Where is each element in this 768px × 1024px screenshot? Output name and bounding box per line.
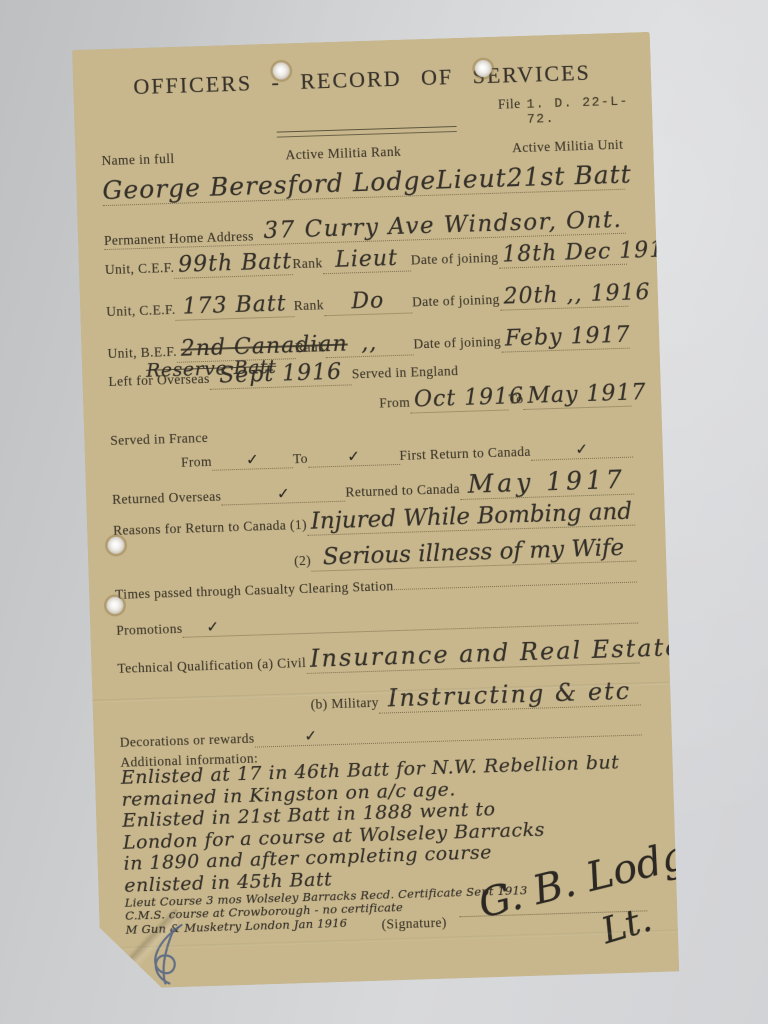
name-value: George Beresford Lodge — [102, 166, 437, 205]
casualty-clearing-station-row: Times passed through Casualty Clearing S… — [115, 571, 637, 609]
military-qualification-value: Instructing & etc — [378, 676, 641, 713]
returned-overseas-label: Returned Overseas — [112, 489, 222, 508]
decorations-label: Decorations or rewards — [120, 731, 255, 751]
punch-hole-left-lower — [106, 597, 124, 615]
unit-cef-label: Unit, C.E.F. — [105, 260, 175, 278]
rank-ditto-value: ,, — [325, 329, 414, 358]
file-label: File — [498, 96, 521, 113]
rank-label: Rank — [292, 255, 323, 272]
returned-overseas-check-mark: ✓ — [221, 483, 346, 506]
left-for-overseas-value: Sept 1916 — [209, 359, 352, 389]
record-of-services-form: OFFICERS - RECORD OF SERVICES File 1. D.… — [72, 32, 679, 990]
technical-qualification-civil-label: Technical Qualification (a) Civil — [117, 655, 306, 677]
date-of-joining-value: Feby 1917 — [501, 323, 630, 353]
date-of-joining-label: Date of joining — [412, 292, 500, 311]
unit-cef-value: 99th Batt — [174, 249, 293, 279]
to-label: To — [508, 391, 523, 407]
casualty-clearing-station-blank — [394, 582, 637, 591]
first-return-check-mark: ✓ — [530, 439, 633, 461]
date-of-joining-label: Date of joining — [413, 334, 501, 353]
to-value: May 1917 — [523, 381, 631, 410]
left-for-overseas-label: Left for Overseas — [108, 371, 210, 390]
militia-rank-value: Lieut — [436, 163, 507, 194]
reason-1-value: Injured While Bombing and — [306, 499, 635, 536]
rank-label: Rank — [295, 339, 326, 356]
from-label: From — [181, 454, 212, 471]
returned-to-canada-value: May 1917 — [459, 465, 634, 500]
file-number-row: File 1. D. 22-L-72. — [498, 92, 653, 128]
unit-cef-row-2: Unit, C.E.F. 173 Batt Rank Do Date of jo… — [106, 281, 629, 329]
file-number: 1. D. 22-L-72. — [526, 93, 652, 127]
promotions-check-mark: ✓ — [182, 605, 638, 638]
home-address-label: Permanent Home Address — [104, 228, 254, 249]
home-address-value: 37 Curry Ave Windsor, Ont. — [263, 207, 626, 244]
from-check-mark: ✓ — [212, 449, 294, 471]
england-dates-row: From Oct 1916 To May 1917 — [379, 381, 632, 419]
date-of-joining-value: 18th Dec 1915 — [498, 239, 627, 269]
date-of-joining-value: 20th ,, 1916 — [499, 281, 628, 311]
from-label: From — [379, 395, 410, 412]
document-photo: OFFICERS - RECORD OF SERVICES File 1. D.… — [0, 0, 768, 1024]
unit-cef-value: 173 Batt — [175, 291, 294, 321]
civil-qualification-value: Insurance and Real Estate — [306, 634, 640, 673]
spacer — [458, 370, 630, 375]
from-value: Oct 1916 — [410, 384, 509, 413]
title-divider-rule — [277, 126, 457, 138]
militia-unit-value: 21st Batt — [506, 159, 632, 192]
first-return-to-canada-label: First Return to Canada — [399, 444, 531, 464]
to-check-mark: ✓ — [308, 446, 400, 468]
reasons-for-return-label: Reasons for Return to Canada (1) — [113, 517, 307, 539]
unit-cef-label: Unit, C.E.F. — [106, 302, 176, 320]
casualty-clearing-station-label: Times passed through Casualty Clearing S… — [115, 578, 394, 603]
rank-value: Lieut — [322, 245, 411, 274]
rank-value: Do — [323, 287, 412, 316]
served-in-france-label: Served in France — [110, 430, 208, 449]
returned-to-canada-label: Returned to Canada — [345, 481, 460, 501]
to-label: To — [293, 451, 308, 467]
date-of-joining-label: Date of joining — [410, 250, 498, 269]
punch-hole-left-upper — [107, 537, 125, 555]
reason-2-label: (2) — [294, 553, 311, 570]
signature-label: (Signature) — [381, 915, 447, 933]
folded-corner — [99, 909, 179, 989]
military-qualification-label: (b) Military — [310, 695, 379, 713]
promotions-label: Promotions — [116, 621, 183, 639]
served-in-england-label: Served in England — [352, 363, 459, 382]
rank-label: Rank — [294, 297, 325, 314]
